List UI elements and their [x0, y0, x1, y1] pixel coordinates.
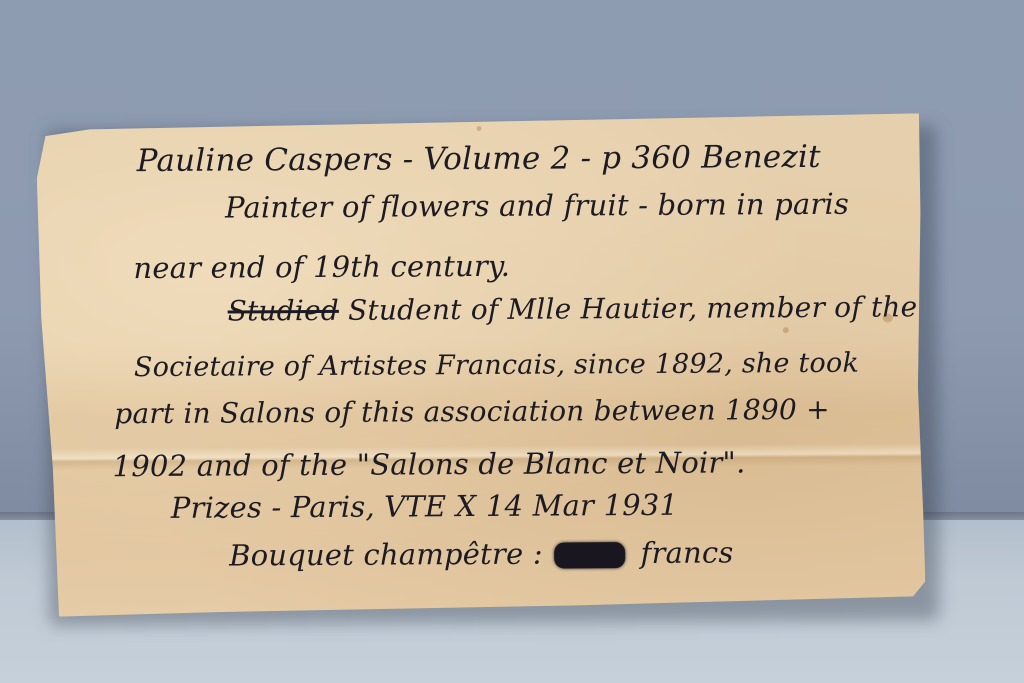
note-line-text: Student of Mlle Hautier, member of the [339, 290, 918, 327]
struck-word: Studied [228, 294, 339, 328]
scribbled-out-amount: ???? [554, 542, 625, 568]
note-line-text: Prizes - Paris, VTE X 14 Mar 1931 [171, 488, 678, 525]
note-line-text: Bouquet champêtre : [229, 537, 552, 573]
note-line-7: 1902 and of the "Salons de Blanc et Noir… [113, 448, 746, 481]
note-line-text: Societaire of Artistes Francais, since 1… [134, 348, 859, 383]
note-line-text: part in Salons of this association betwe… [114, 393, 830, 430]
paper-stain [477, 126, 482, 131]
note-line-3: near end of 19th century. [133, 252, 510, 283]
note-line-text: 1902 and of the "Salons de Blanc et Noir… [113, 445, 746, 483]
note-line-text: near end of 19th century. [133, 249, 510, 285]
note-line-text: francs [631, 535, 734, 570]
paper-stain [783, 327, 789, 333]
note-line-6: part in Salons of this association betwe… [114, 396, 830, 428]
note-line-text: Pauline Caspers - Volume 2 - p 360 Benez… [137, 139, 821, 179]
handwritten-note: Pauline Caspers - Volume 2 - p 360 Benez… [36, 113, 925, 616]
note-line-9: Bouquet champêtre : ???? francs [229, 538, 734, 570]
note-line-8: Prizes - Paris, VTE X 14 Mar 1931 [171, 491, 678, 523]
note-line-text: Painter of flowers and fruit - born in p… [225, 187, 849, 225]
note-line-2: Painter of flowers and fruit - born in p… [225, 190, 849, 223]
note-line-1: Pauline Caspers - Volume 2 - p 360 Benez… [137, 142, 821, 177]
note-line-4: Studied Student of Mlle Hautier, member … [228, 293, 918, 325]
note-line-5: Societaire of Artistes Francais, since 1… [134, 350, 859, 381]
